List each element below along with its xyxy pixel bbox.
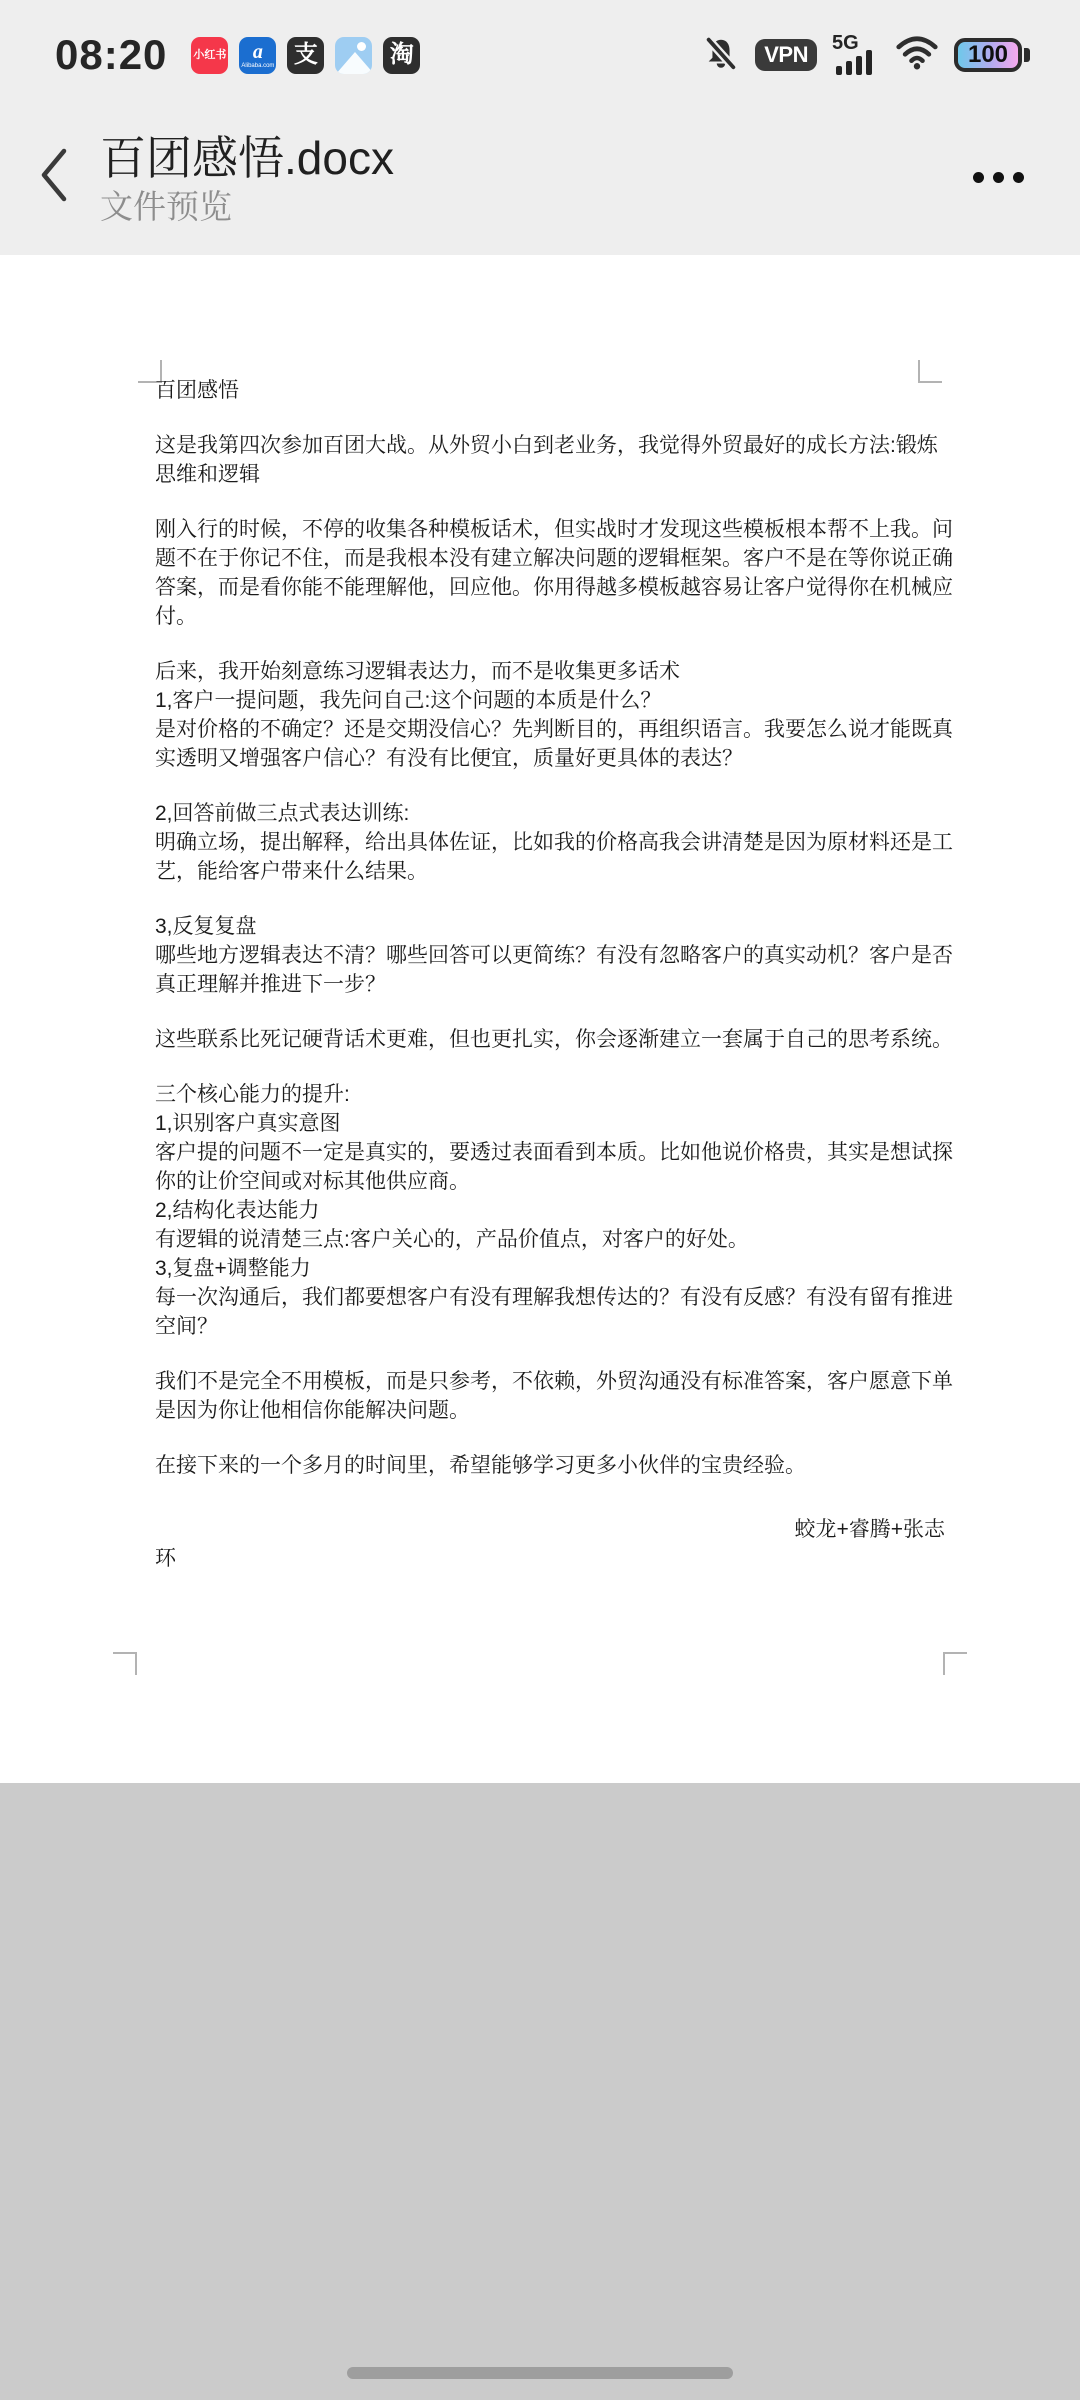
doc-paragraph: 这些联系比死记硬背话术更难，但也更扎实，你会逐渐建立一套属于自己的思考系统。 — [155, 1025, 945, 1054]
battery-nub — [1024, 48, 1030, 62]
doc-line: 刚入行的时候，不停的收集各种模板话术，但实战时才发现这些模板根本帮不上我。问 — [155, 515, 945, 544]
battery-level: 100 — [968, 43, 1008, 67]
phone-screen: 08:20 小红书aAlibaba.com支淘 VPN 5G — [0, 0, 1080, 2400]
doc-line: 蛟龙+睿腾+张志 — [155, 1515, 945, 1544]
doc-line: 哪些地方逻辑表达不清？哪些回答可以更简练？有没有忽略客户的真实动机？客户是否 — [155, 941, 945, 970]
doc-line: 3,复盘+调整能力 — [155, 1254, 945, 1283]
more-menu-button[interactable] — [973, 158, 1024, 197]
doc-line: 三个核心能力的提升: — [155, 1080, 945, 1109]
vpn-badge: VPN — [755, 39, 817, 71]
doc-line: 3,反复复盘 — [155, 912, 945, 941]
doc-line: 有逻辑的说清楚三点:客户关心的，产品价值点，对客户的好处。 — [155, 1225, 945, 1254]
app-icon-taobao: 淘 — [383, 37, 420, 74]
doc-paragraph: 三个核心能力的提升:1,识别客户真实意图客户提的问题不一定是真实的，要透过表面看… — [155, 1080, 945, 1341]
gesture-pill[interactable] — [347, 2367, 733, 2379]
doc-line: 1,识别客户真实意图 — [155, 1109, 945, 1138]
doc-line: 这是我第四次参加百团大战。从外贸小白到老业务，我觉得外贸最好的成长方法:锻炼 — [155, 431, 945, 460]
corner-mark-bottom-left — [113, 1652, 137, 1675]
doc-line: 明确立场，提出解释，给出具体佐证，比如我的价格高我会讲清楚是因为原材料还是工 — [155, 828, 945, 857]
doc-line: 2,回答前做三点式表达训练: — [155, 799, 945, 828]
doc-text: 百团感悟这是我第四次参加百团大战。从外贸小白到老业务，我觉得外贸最好的成长方法:… — [155, 376, 945, 1599]
app-icon-gallery — [335, 37, 372, 74]
doc-line: 是因为你让他相信你能解决问题。 — [155, 1396, 945, 1425]
doc-line: 后来，我开始刻意练习逻辑表达力，而不是收集更多话术 — [155, 657, 945, 686]
doc-line: 答案，而是看你能不能理解他，回应他。你用得越多模板越容易让客户觉得你在机械应 — [155, 573, 945, 602]
doc-line: 在接下来的一个多月的时间里，希望能够学习更多小伙伴的宝贵经验。 — [155, 1451, 945, 1480]
app-icon-xiaohongshu: 小红书 — [191, 37, 228, 74]
doc-paragraph: 后来，我开始刻意练习逻辑表达力，而不是收集更多话术1,客户一提问题，我先问自己:… — [155, 657, 945, 773]
doc-line: 思维和逻辑 — [155, 460, 945, 489]
doc-line: 你的让价空间或对标其他供应商。 — [155, 1167, 945, 1196]
doc-line: 是对价格的不确定？还是交期没信心？先判断目的，再组织语言。我要怎么说才能既真 — [155, 715, 945, 744]
app-icon-alipay: 支 — [287, 37, 324, 74]
doc-paragraph: 3,反复复盘哪些地方逻辑表达不清？哪些回答可以更简练？有没有忽略客户的真实动机？… — [155, 912, 945, 999]
corner-mark-bottom-right — [943, 1652, 967, 1675]
doc-paragraph: 在接下来的一个多月的时间里，希望能够学习更多小伙伴的宝贵经验。 — [155, 1451, 945, 1480]
doc-line: 我们不是完全不用模板，而是只参考，不依赖，外贸沟通没有标准答案，客户愿意下单 — [155, 1367, 945, 1396]
doc-line: 每一次沟通后，我们都要想客户有没有理解我想传达的？有没有反感？有没有留有推进 — [155, 1283, 945, 1312]
doc-line: 真正理解并推进下一步？ — [155, 970, 945, 999]
doc-line: 这些联系比死记硬背话术更难，但也更扎实，你会逐渐建立一套属于自己的思考系统。 — [155, 1025, 945, 1054]
doc-line: 百团感悟 — [155, 376, 945, 405]
battery-indicator: 100 — [954, 38, 1030, 72]
back-button[interactable] — [36, 144, 70, 211]
header: 百团感悟.docx 文件预览 — [0, 100, 1080, 255]
doc-line: 1,客户一提问题，我先问自己:这个问题的本质是什么？ — [155, 686, 945, 715]
page-title: 百团感悟.docx — [100, 132, 394, 185]
doc-line: 2,结构化表达能力 — [155, 1196, 945, 1225]
status-time: 08:20 — [55, 31, 167, 79]
status-bar: 08:20 小红书aAlibaba.com支淘 VPN 5G — [0, 0, 1080, 100]
doc-line: 题不在于你记不住，而是我根本没有建立解决问题的逻辑框架。客户不是在等你说正确 — [155, 544, 945, 573]
doc-paragraph: 2,回答前做三点式表达训练:明确立场，提出解释，给出具体佐证，比如我的价格高我会… — [155, 799, 945, 886]
doc-line: 客户提的问题不一定是真实的，要透过表面看到本质。比如他说价格贵，其实是想试探 — [155, 1138, 945, 1167]
doc-paragraph: 蛟龙+睿腾+张志环 — [155, 1515, 945, 1573]
cellular-signal: 5G — [832, 33, 880, 77]
wifi-icon — [895, 35, 939, 75]
bell-slash-icon — [702, 34, 740, 77]
battery-body: 100 — [954, 38, 1022, 72]
status-app-icons: 小红书aAlibaba.com支淘 — [191, 37, 420, 74]
doc-paragraph: 我们不是完全不用模板，而是只参考，不依赖，外贸沟通没有标准答案，客户愿意下单是因… — [155, 1367, 945, 1425]
signal-bars-icon — [836, 50, 872, 75]
app-icon-alibaba: aAlibaba.com — [239, 37, 276, 74]
doc-paragraph: 刚入行的时候，不停的收集各种模板话术，但实战时才发现这些模板根本帮不上我。问题不… — [155, 515, 945, 631]
footer-area — [0, 1783, 1080, 2400]
header-titles: 百团感悟.docx 文件预览 — [100, 132, 394, 224]
doc-line: 艺，能给客户带来什么结果。 — [155, 857, 945, 886]
three-dots-icon — [973, 172, 984, 183]
doc-line: 实透明又增强客户信心？有没有比便宜，质量好更具体的表达？ — [155, 744, 945, 773]
doc-line: 环 — [155, 1544, 945, 1573]
doc-line: 空间？ — [155, 1312, 945, 1341]
status-right-cluster: VPN 5G 100 — [702, 33, 1030, 77]
doc-line: 付。 — [155, 602, 945, 631]
document-page[interactable]: 百团感悟这是我第四次参加百团大战。从外贸小白到老业务，我觉得外贸最好的成长方法:… — [0, 255, 1080, 1783]
doc-paragraph: 百团感悟 — [155, 376, 945, 405]
doc-paragraph: 这是我第四次参加百团大战。从外贸小白到老业务，我觉得外贸最好的成长方法:锻炼思维… — [155, 431, 945, 489]
chevron-left-icon — [36, 144, 70, 211]
page-subtitle: 文件预览 — [100, 190, 394, 223]
